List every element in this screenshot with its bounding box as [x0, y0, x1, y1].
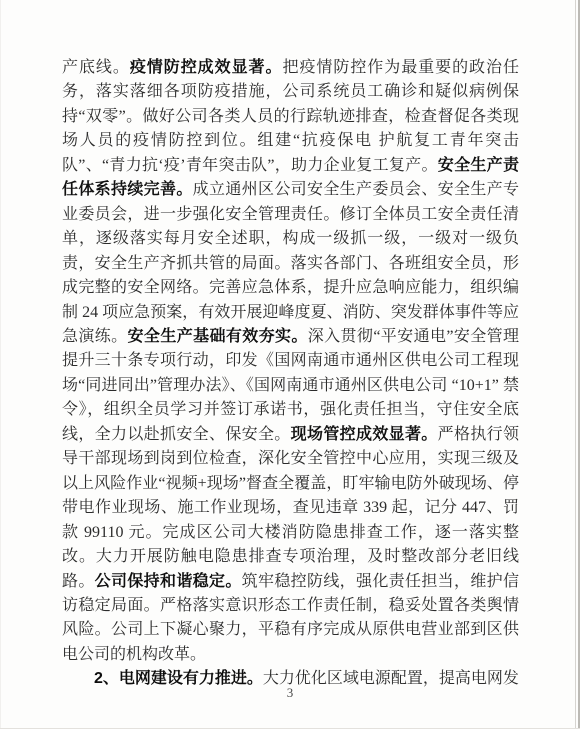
text-run: 产底线。 — [62, 59, 130, 76]
document-body: 产底线。疫情防控成效显著。把疫情防控作为最重要的政治任务，落实落细各项防疫措施，… — [62, 56, 519, 692]
text-run: 严格执行领导干部现场到岗到位检查，深化安全管控中心应用，实现三级及以上风险作业“… — [62, 426, 519, 590]
inline-heading-site-control: 现场管控成效显著。 — [291, 426, 438, 443]
inline-heading-harmony-stability: 公司保持和谐稳定。 — [95, 573, 242, 590]
text-run: 成立通州区公司安全生产委员会、安全生产专业委员会，进一步强化安全管理责任。修订全… — [62, 181, 519, 345]
scan-edge-right-line — [575, 0, 576, 729]
scan-edge-left — [0, 0, 1, 729]
inline-heading-safety-foundation: 安全生产基础有效夯实。 — [128, 328, 308, 345]
paragraph-continuation: 产底线。疫情防控成效显著。把疫情防控作为最重要的政治任务，落实落细各项防疫措施，… — [62, 56, 519, 667]
inline-heading-epidemic: 疫情防控成效显著。 — [130, 59, 283, 76]
page-number: 3 — [0, 685, 580, 701]
